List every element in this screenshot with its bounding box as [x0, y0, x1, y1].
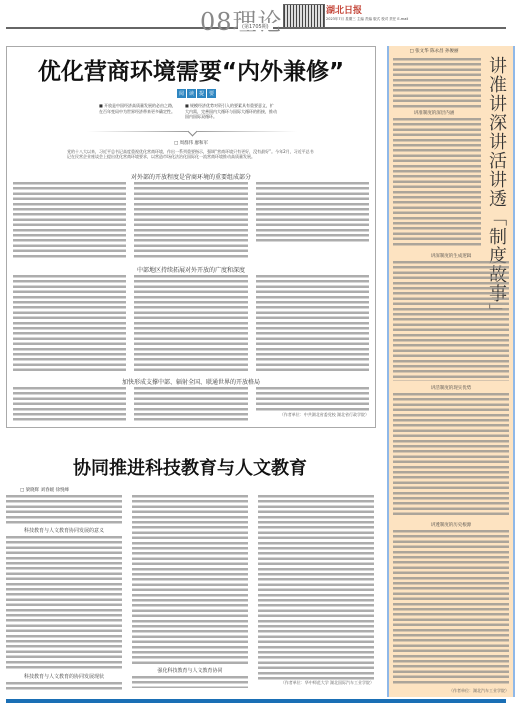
body-column [134, 182, 247, 258]
newspaper-logo: 湖北日报 [326, 3, 362, 16]
sidebar-article: □ 张文华 陈永昌 孙俊丽 讲准讲深讲活讲透「制度故事」 讲准制度的深层内涵 讲… [387, 46, 515, 697]
sidebar-text [393, 530, 509, 685]
chevron-down-icon [188, 127, 198, 137]
article-2-body: 科技教育与人文教育协同发展的意义 科技教育与人文教育的协同发展现状 强化科技教育… [6, 495, 374, 695]
body-column: 强化科技教育与人文教育协同 [132, 495, 248, 695]
summary-left: ■ 开放是中国经济高质量发展的必由之路，在百年变局中为世界经济带来更多确定性。 [99, 103, 179, 114]
section-heading: 科技教育与人文教育的协同发展现状 [6, 673, 122, 680]
sidebar-subheading: 讲准制度的深层内涵 [389, 110, 479, 116]
body-column: （作者单位：中共湖北省委党校 湖北省行政学院） [256, 387, 369, 423]
sidebar-byline: □ 张文华 陈永昌 孙俊丽 [389, 48, 479, 54]
article-1-byline: □ 周群伟 廖和军 [7, 140, 375, 146]
body-column [13, 275, 126, 371]
body-columns [13, 275, 369, 371]
body-column: （作者单位：华中师范大学 湖北国际汽车工业学院） [258, 495, 374, 695]
sidebar-credit: （作者单位：湖北汽车工业学院） [449, 688, 509, 694]
issue-number: (第1705期) [238, 23, 273, 30]
body-column [256, 275, 369, 371]
sidebar-subheading: 讲深制度的生成逻辑 [389, 253, 513, 259]
article-2-credit: （作者单位：华中师范大学 湖北国际汽车工业学院） [258, 680, 374, 686]
body-column [256, 182, 369, 258]
body-column [134, 387, 247, 423]
article-1-headline: 优化营商环境需要“内外兼修” [7, 53, 375, 86]
sidebar-text [393, 393, 509, 518]
bottom-rule [6, 699, 506, 703]
tag-char: 阅 [177, 89, 186, 98]
article-1-credit: （作者单位：中共湖北省委党校 湖北省行政学院） [256, 412, 369, 417]
body-columns: （作者单位：中共湖北省委党校 湖北省行政学院） [13, 387, 369, 423]
body-column [13, 182, 126, 258]
section-heading: 中部地区持续拓展对外开放的广度和深度 [7, 265, 375, 274]
section-heading: 对外部的开放程度是营商环境的重要组成部分 [7, 172, 375, 181]
article-2-byline: □ 梁晓辉 刘春媛 徐悦峰 [20, 487, 69, 493]
page-title: 08理论 [200, 2, 283, 37]
masthead: 08理论 (第1705期) 湖北日报 2023年7月 星期三 主编 责编 版式 … [0, 0, 516, 36]
sidebar-text [393, 261, 509, 381]
reading-tips-tag: 阅 读 提 要 [177, 89, 216, 98]
sidebar-subheading: 讲活制度的现实优势 [389, 385, 513, 391]
body-column [13, 387, 126, 423]
tag-char: 读 [187, 89, 196, 98]
column-illustration-icon [283, 4, 325, 28]
section-heading: 科技教育与人文教育协同发展的意义 [6, 527, 122, 534]
article-2-headline: 协同推进科技教育与人文教育 [0, 454, 380, 480]
body-column: 科技教育与人文教育协同发展的意义 科技教育与人文教育的协同发展现状 [6, 495, 122, 695]
section-heading: 加快形成支撑中部、辐射全国、联通世界的开放格局 [7, 377, 375, 386]
tag-char: 提 [197, 89, 206, 98]
masthead-meta: 2023年7月 星期三 主编 责编 版式 校对 责任 E-mail [326, 17, 408, 21]
sidebar-text [393, 118, 481, 248]
body-column [134, 275, 247, 371]
article-1-intro: 党的十八大以来，习近平总书记高度重视优化营商环境，作出一系列重要指示，强调“营商… [67, 149, 315, 159]
tag-char: 要 [207, 89, 216, 98]
body-columns [13, 182, 369, 258]
sidebar-subheading: 讲透制度的历史根源 [389, 522, 513, 528]
article-1: 优化营商环境需要“内外兼修” 阅 读 提 要 ■ 开放是中国经济高质量发展的必由… [6, 46, 376, 428]
sidebar-text [393, 58, 481, 108]
section-heading: 强化科技教育与人文教育协同 [132, 667, 248, 674]
summary-right: ■ 规模经济优势对资引入的要素具有重要意义，扩大内需，完善国内大循环与国际大循环… [185, 103, 277, 120]
